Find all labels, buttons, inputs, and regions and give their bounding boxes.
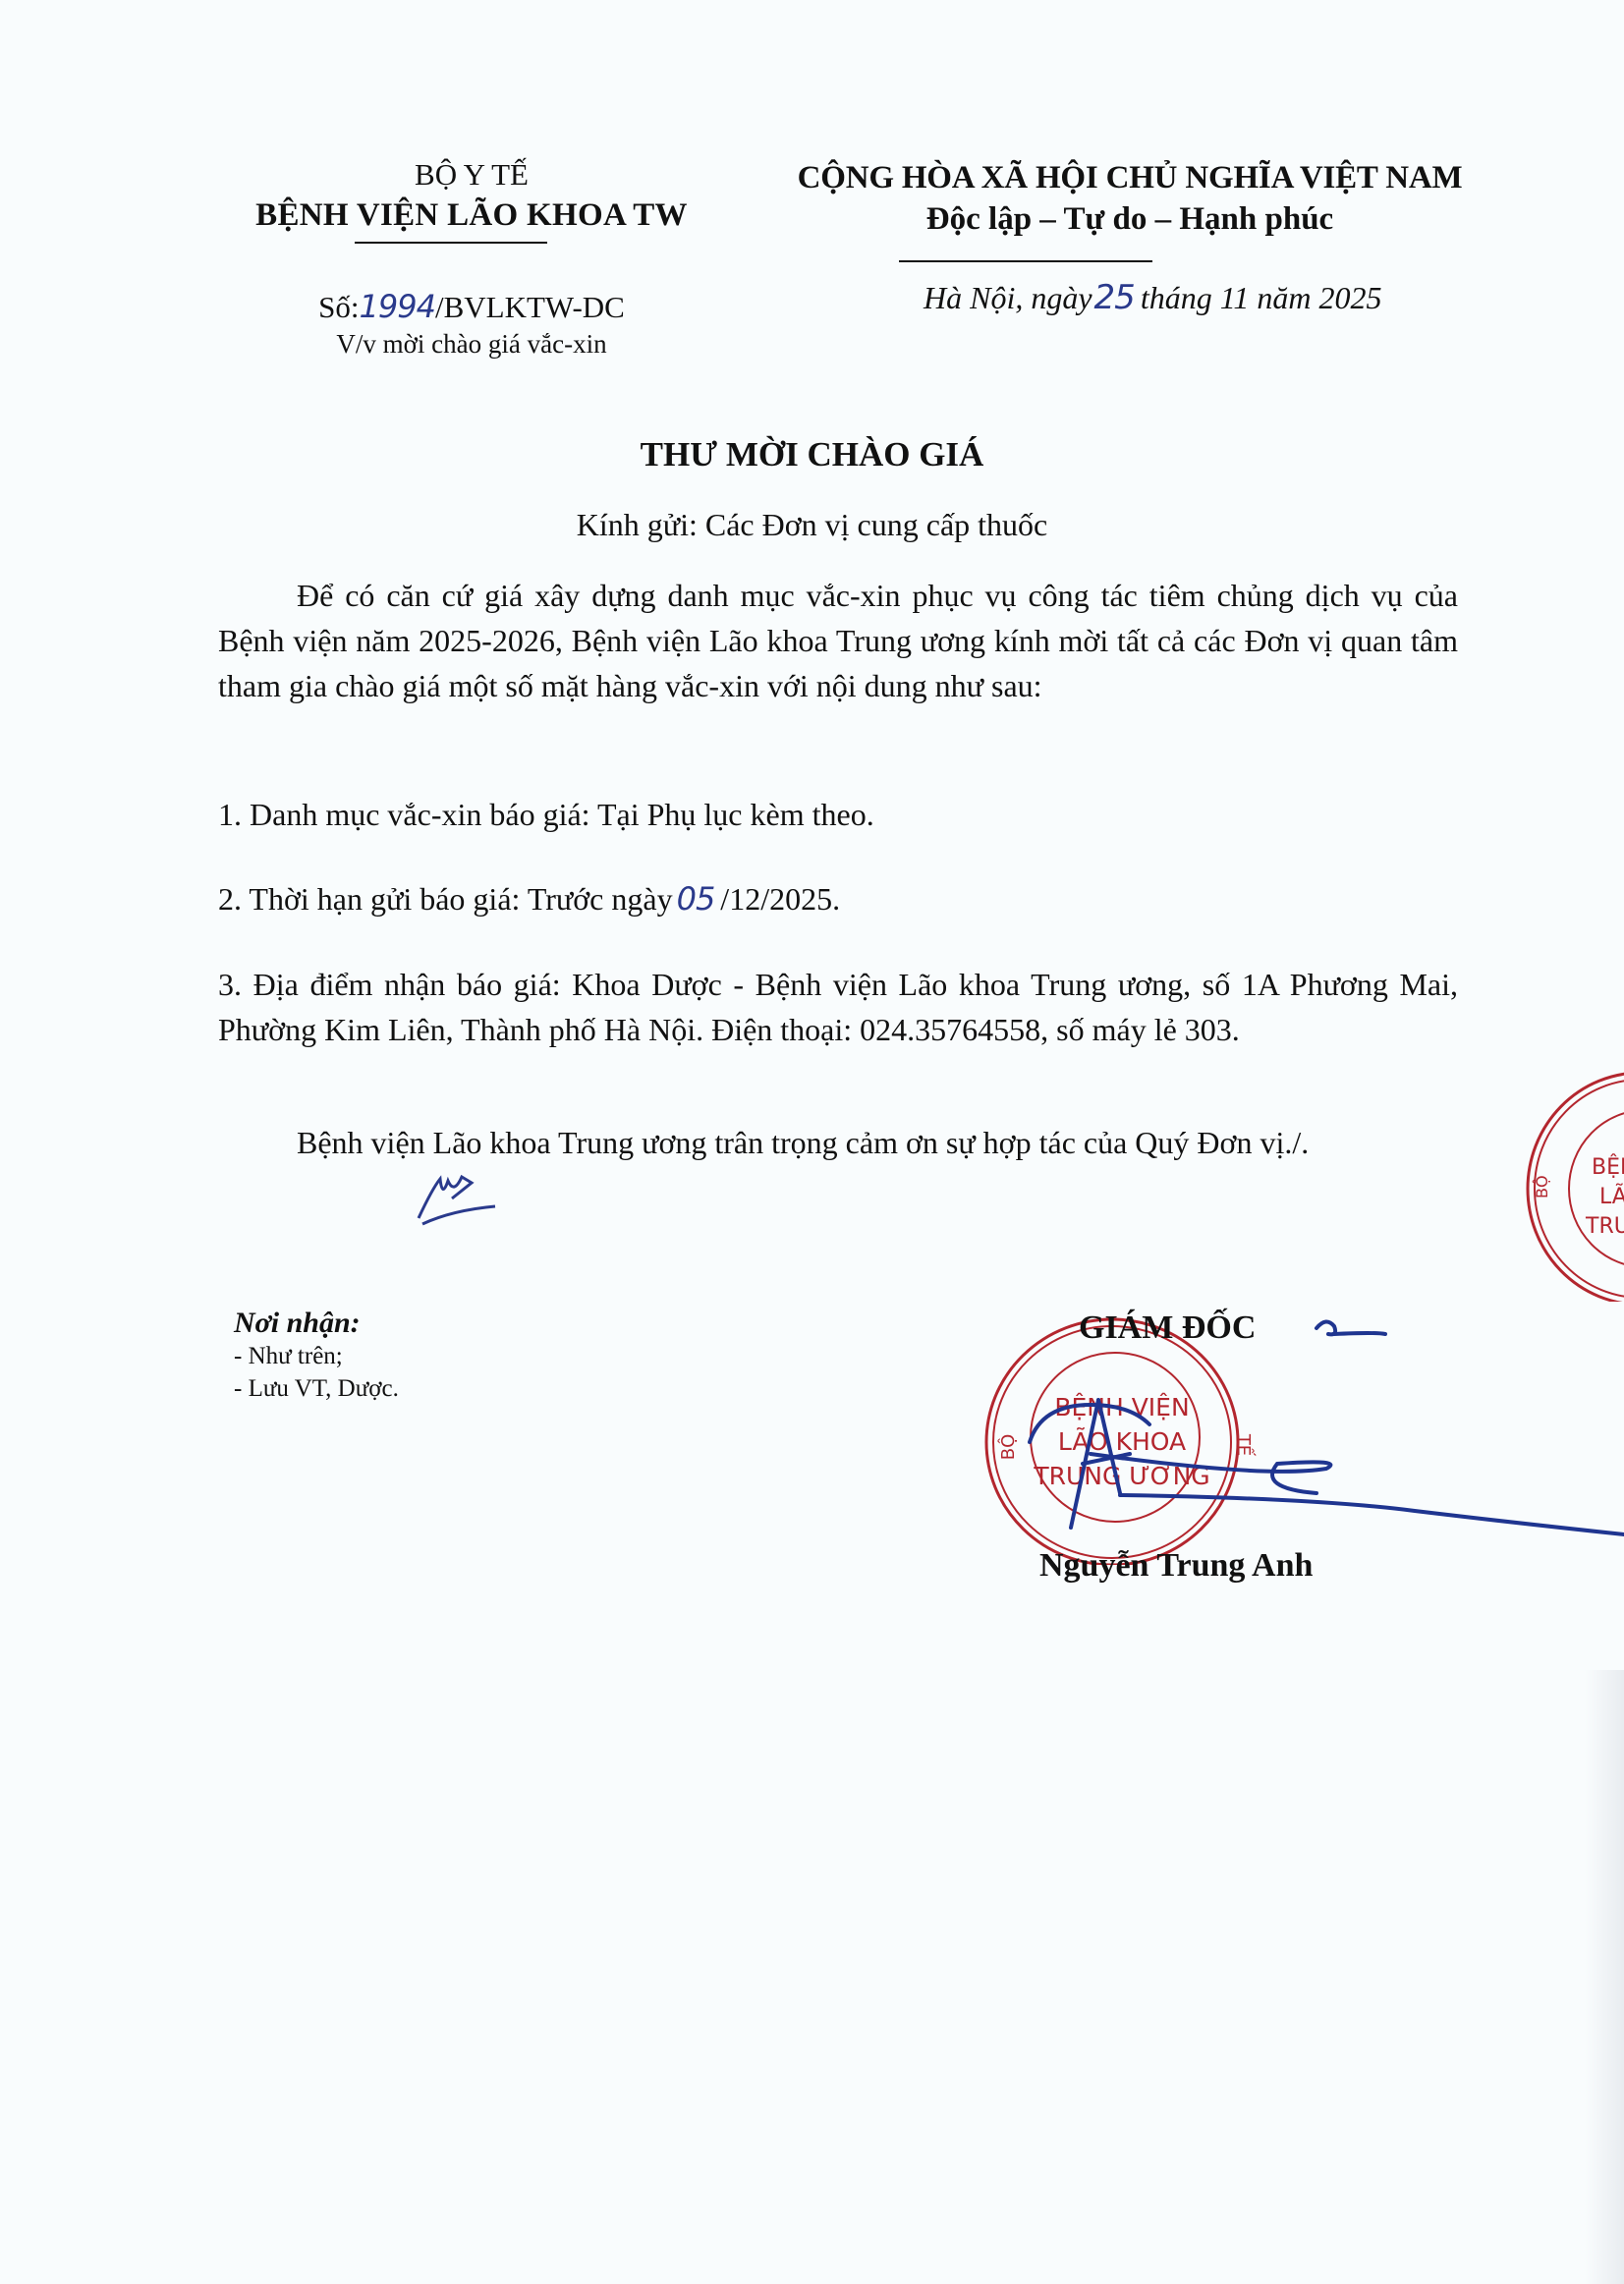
recipients-block: Nơi nhận: - Như trên; - Lưu VT, Dược. (234, 1307, 399, 1405)
svg-text:BỘ: BỘ (1533, 1175, 1551, 1198)
list-item: 3. Địa điểm nhận báo giá: Khoa Dược - Bệ… (218, 962, 1458, 1052)
issuer-block: BỘ Y TẾ BỆNH VIỆN LÃO KHOA TW Số:1994/BV… (221, 155, 722, 361)
date-day-handwritten: 25 (1094, 278, 1135, 317)
national-motto: Độc lập – Tự do – Hạnh phúc (756, 198, 1503, 240)
salutation: Kính gửi: Các Đơn vị cung cấp thuốc (0, 507, 1624, 543)
recipients-label: Nơi nhận: (234, 1307, 399, 1340)
closing-paragraph: Bệnh viện Lão khoa Trung ương trân trọng… (218, 1120, 1458, 1165)
handwritten-signature-icon (1022, 1307, 1624, 1601)
svg-text:BỘ: BỘ (997, 1434, 1019, 1461)
document-title: THƯ MỜI CHÀO GIÁ (0, 435, 1624, 474)
document-subject: V/v mời chào giá vắc-xin (221, 327, 722, 361)
list-item: 2. Thời hạn gửi báo giá: Trước ngày05/12… (218, 876, 1458, 921)
deadline-day-handwritten: 05 (677, 880, 715, 918)
intro-paragraph: Để có căn cứ giá xây dựng danh mục vắc-x… (218, 573, 1458, 708)
republic-name: CỘNG HÒA XÃ HỘI CHỦ NGHĨA VIỆT NAM (756, 157, 1503, 198)
date-suffix: tháng 11 năm 2025 (1141, 280, 1382, 315)
partial-stamp-icon: BỆNH VIỆN LÃO KHOA TRUNG ƯƠNG BỘ (1513, 1066, 1624, 1302)
initials-signature-icon (413, 1159, 501, 1228)
hospital-name: BỆNH VIỆN LÃO KHOA TW (221, 195, 722, 236)
svg-text:TRUNG ƯƠNG: TRUNG ƯƠNG (1585, 1214, 1624, 1239)
document-number: Số:1994/BVLKTW-DC (221, 287, 722, 327)
deadline-suffix: /12/2025. (720, 881, 840, 917)
recipient-line: - Như trên; (234, 1340, 399, 1372)
doc-number-prefix: Số: (318, 290, 359, 324)
national-header: CỘNG HÒA XÃ HỘI CHỦ NGHĨA VIỆT NAM Độc l… (756, 157, 1503, 240)
svg-text:LÃO KHOA: LÃO KHOA (1599, 1183, 1624, 1209)
motto-underline (899, 260, 1152, 262)
list-item: 1. Danh mục vắc-xin báo giá: Tại Phụ lục… (218, 792, 1458, 837)
doc-number-suffix: /BVLKTW-DC (435, 290, 625, 324)
issuer-underline (355, 242, 547, 244)
recipient-line: - Lưu VT, Dược. (234, 1372, 399, 1405)
page-edge-shadow (1585, 1670, 1624, 2284)
deadline-prefix: 2. Thời hạn gửi báo giá: Trước ngày (218, 881, 673, 917)
issue-date: Hà Nội, ngày25tháng 11 năm 2025 (924, 278, 1381, 317)
ministry-name: BỘ Y TẾ (221, 155, 722, 195)
doc-number-handwritten: 1994 (360, 288, 435, 325)
date-prefix: Hà Nội, ngày (924, 280, 1092, 315)
svg-text:BỆNH VIỆN: BỆNH VIỆN (1592, 1154, 1624, 1180)
